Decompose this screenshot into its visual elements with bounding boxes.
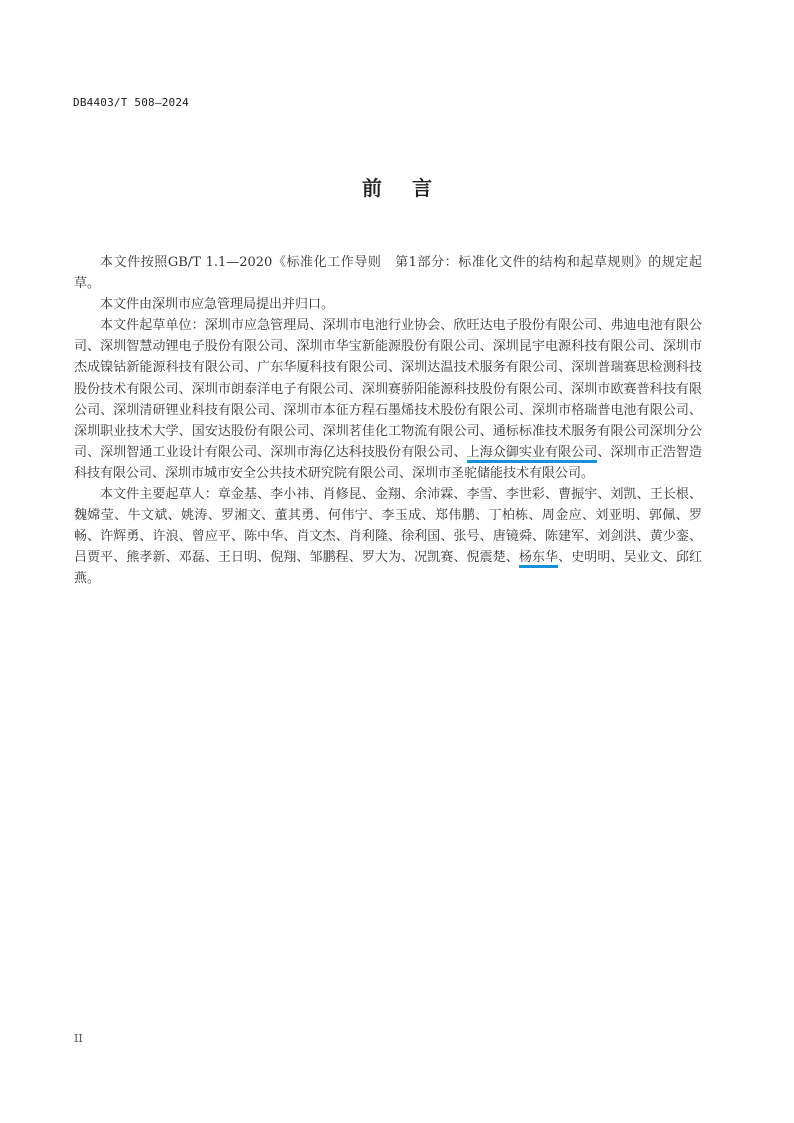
document-code: DB4403/T 508—2024 [73, 96, 189, 109]
page-number: II [74, 1032, 83, 1045]
page-title: 前言 [0, 172, 794, 201]
paragraph-drafting-rules: 本文件按照GB/T 1.1—2020《标准化工作导则 第1部分：标准化文件的结构… [74, 252, 702, 294]
foreword-body: 本文件按照GB/T 1.1—2020《标准化工作导则 第1部分：标准化文件的结构… [74, 252, 702, 590]
paragraph-drafting-units: 本文件起草单位：深圳市应急管理局、深圳市电池行业协会、欣旺达电子股份有限公司、弗… [74, 315, 702, 484]
highlighted-drafter: 杨东华 [519, 550, 558, 568]
paragraph-proposer: 本文件由深圳市应急管理局提出并归口。 [74, 294, 702, 315]
highlighted-unit: 上海众御实业有限公司 [467, 445, 598, 463]
drafting-units-text-1: 本文件起草单位：深圳市应急管理局、深圳市电池行业协会、欣旺达电子股份有限公司、弗… [74, 318, 702, 460]
paragraph-drafters: 本文件主要起草人：章金基、李小祎、肖修昆、金翔、余沛霖、李雪、李世彩、曹振宇、刘… [74, 484, 702, 589]
